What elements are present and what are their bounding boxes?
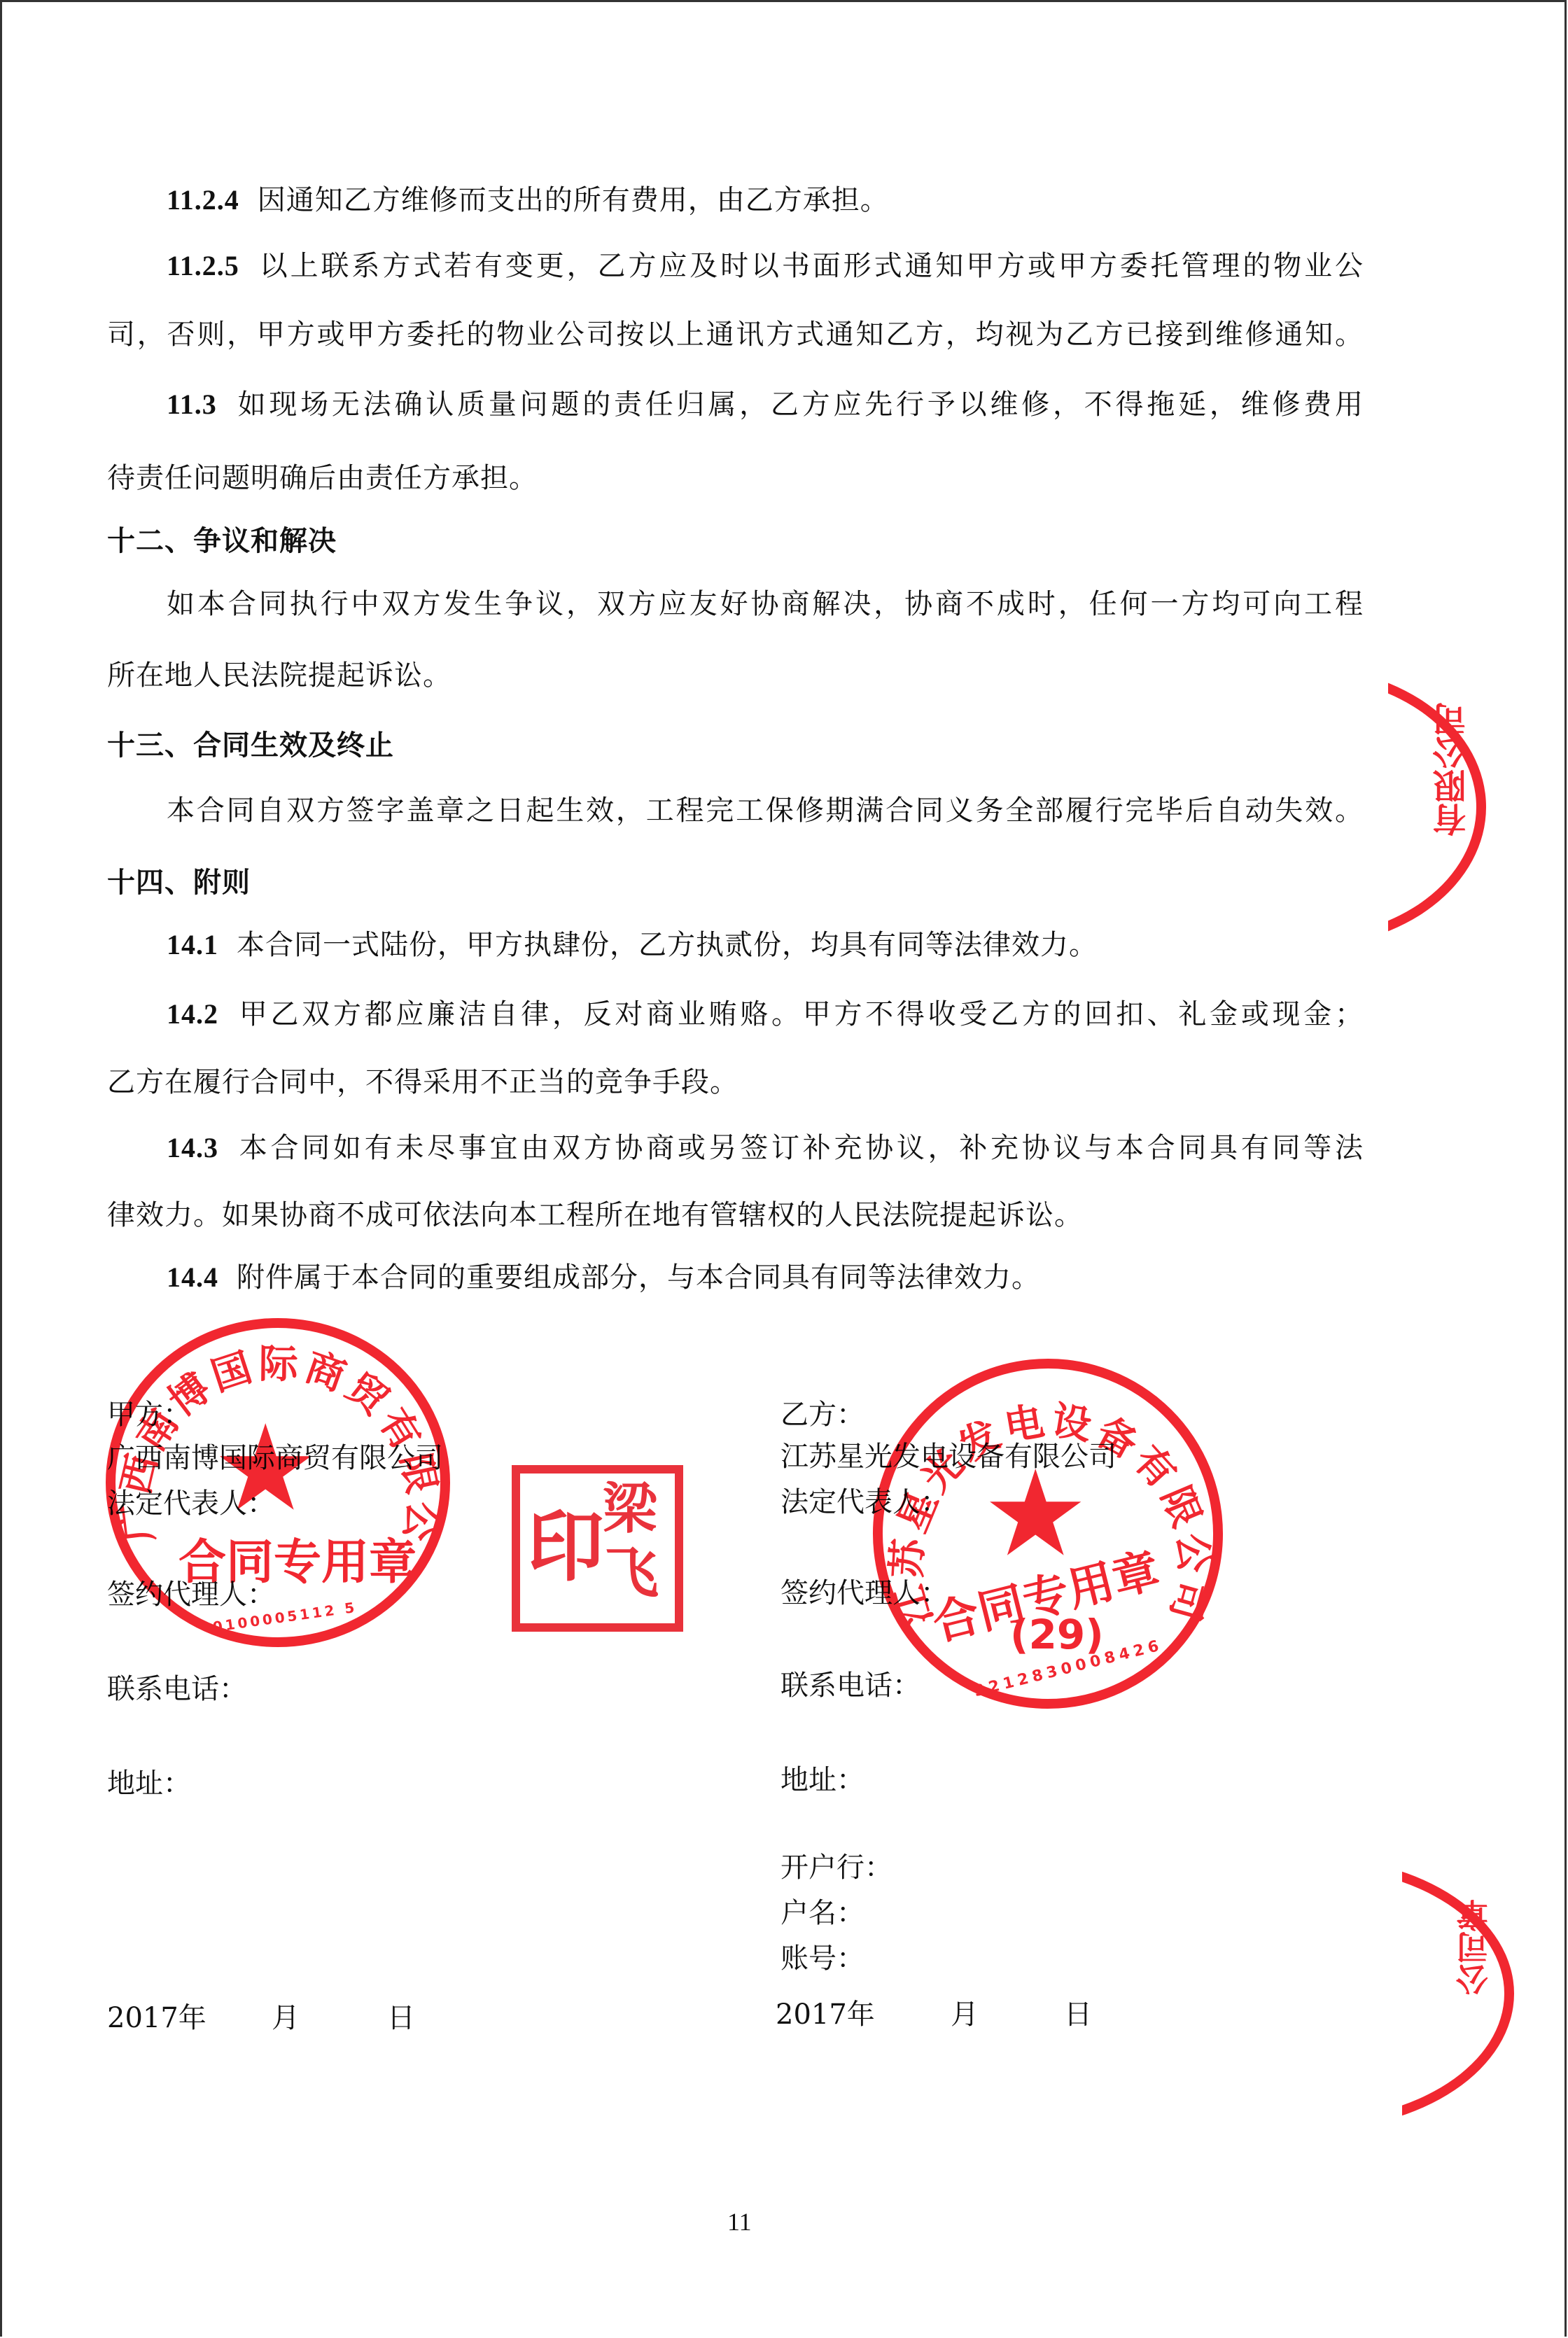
clause-text: 附件属于本合同的重要组成部分，与本合同具有同等法律效力。 — [237, 1261, 1040, 1294]
party-a-phone-field: 联系电话： — [107, 1672, 247, 1706]
date-month: 月 — [951, 1998, 1064, 2031]
party-b-date: 2017年月日 — [776, 1998, 1092, 2031]
page-number: 11 — [727, 2207, 752, 2236]
clause-11-2-4: 11.2.4因通知乙方维修而支出的所有费用，由乙方承担。 — [167, 183, 889, 217]
clause-number: 11.2.4 — [167, 184, 239, 216]
clause-14-2-cont: 乙方在履行合同中，不得采用不正当的竞争手段。 — [107, 1065, 738, 1099]
date-month: 月 — [272, 2001, 387, 2035]
clause-text: 因通知乙方维修而支出的所有费用，由乙方承担。 — [258, 184, 889, 216]
clause-text: 如现场无法确认质量问题的责任归属，乙方应先行予以维修，不得拖延，维修费用 — [235, 388, 1364, 421]
section-12-text-cont: 所在地人民法院提起诉讼。 — [107, 659, 451, 692]
party-b-bank-field: 开户行： — [780, 1851, 892, 1884]
clause-14-1: 14.1本合同一式陆份，甲方执肆份，乙方执贰份，均具有同等法律效力。 — [167, 928, 1098, 962]
section-12-text: 如本合同执行中双方发生争议，双方应友好协商解决，协商不成时，任何一方均可向工程 — [167, 587, 1364, 621]
date-year: 2017年 — [107, 2001, 272, 2035]
edge-seal-top: 有限公司 — [1388, 660, 1568, 954]
clause-11-2-5: 11.2.5以上联系方式若有变更，乙方应及时以书面形式通知甲方或甲方委托管理的物… — [167, 249, 1364, 283]
clause-14-3: 14.3本合同如有未尽事宜由双方协商或另签订补充协议，补充协议与本合同具有同等法 — [167, 1131, 1364, 1165]
party-b-label: 乙方： — [780, 1398, 864, 1431]
party-a-date: 2017年月日 — [107, 2001, 415, 2035]
document-page: 11.2.4因通知乙方维修而支出的所有费用，由乙方承担。 11.2.5以上联系方… — [0, 0, 1567, 2337]
date-day: 日 — [1064, 1998, 1092, 2031]
edge-seal-bottom: 公司章 — [1402, 1850, 1568, 2137]
seal-number: (29) — [1010, 1611, 1104, 1658]
seal-center-text: 合同专用章 — [178, 1525, 416, 1592]
party-b-account-no-field: 账号： — [780, 1942, 864, 1975]
clause-14-2: 14.2甲乙双方都应廉洁自律，反对商业贿赂。甲方不得收受乙方的回扣、礼金或现金； — [167, 997, 1364, 1031]
clause-text: 以上联系方式若有变更，乙方应及时以书面形式通知甲方或甲方委托管理的物业公 — [258, 250, 1364, 282]
clause-11-3: 11.3如现场无法确认质量问题的责任归属，乙方应先行予以维修，不得拖延，维修费用 — [167, 388, 1364, 421]
clause-number: 14.3 — [167, 1132, 218, 1163]
clause-11-2-5-cont: 司，否则，甲方或甲方委托的物业公司按以上通讯方式通知乙方，均视为乙方已接到维修通… — [107, 318, 1364, 351]
seal-ring-text: 公司章 — [1451, 1899, 1497, 1996]
clause-text: 甲乙双方都应廉洁自律，反对商业贿赂。甲方不得收受乙方的回扣、礼金或现金； — [237, 998, 1364, 1030]
party-a-address-field: 地址： — [107, 1767, 191, 1800]
clause-number: 11.2.5 — [167, 250, 239, 281]
seal-char-yin: 印 — [527, 1501, 604, 1592]
clause-number: 11.3 — [167, 388, 217, 420]
seal-ring-text: 有限公司 — [1429, 702, 1476, 836]
star-icon: ★ — [212, 1409, 318, 1528]
party-b-address-field: 地址： — [780, 1763, 864, 1797]
clause-11-3-cont: 待责任问题明确后由责任方承担。 — [107, 461, 538, 495]
clause-14-3-cont: 律效力。如果协商不成可依法向本工程所在地有管辖权的人民法院提起诉讼。 — [107, 1198, 1083, 1232]
date-year: 2017年 — [776, 1998, 951, 2031]
section-heading-12: 十二、争议和解决 — [107, 524, 337, 558]
clause-number: 14.4 — [167, 1261, 218, 1293]
clause-text: 本合同如有未尽事宜由双方协商或另签订补充协议，补充协议与本合同具有同等法 — [237, 1132, 1364, 1164]
clause-text: 本合同一式陆份，甲方执肆份，乙方执贰份，均具有同等法律效力。 — [237, 929, 1098, 961]
seal-char-liang: 梁 — [603, 1478, 657, 1541]
party-a-personal-seal: 梁 飞 印 — [512, 1465, 683, 1632]
clause-number: 14.2 — [167, 998, 218, 1030]
clause-number: 14.1 — [167, 929, 218, 960]
section-13-text: 本合同自双方签字盖章之日起生效，工程完工保修期满合同义务全部履行完毕后自动失效。 — [167, 794, 1364, 827]
clause-14-4: 14.4附件属于本合同的重要组成部分，与本合同具有同等法律效力。 — [167, 1261, 1040, 1294]
seal-char-fei: 飞 — [604, 1542, 659, 1605]
section-heading-14: 十四、附则 — [107, 866, 251, 899]
party-b-account-name-field: 户名： — [780, 1896, 864, 1930]
section-heading-13: 十三、合同生效及终止 — [107, 729, 394, 762]
date-day: 日 — [387, 2001, 415, 2035]
